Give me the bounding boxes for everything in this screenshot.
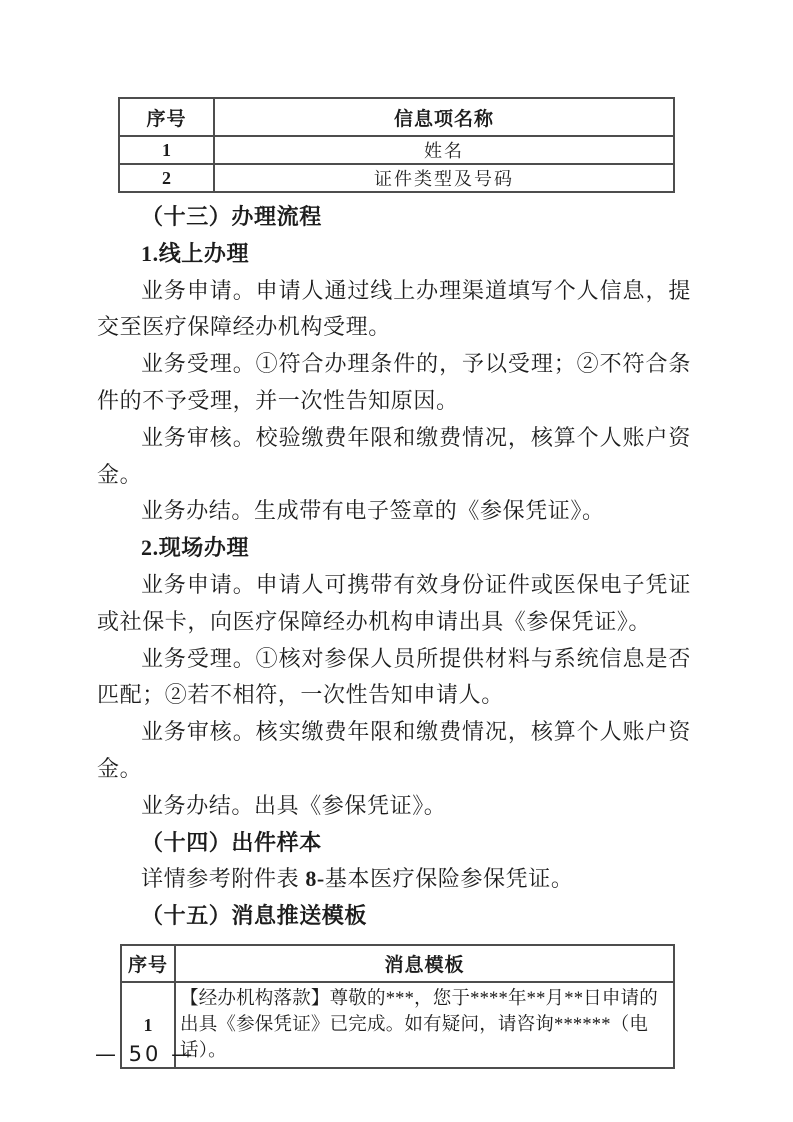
attachment-ref-prefix: 详情参考附件表 [141,866,305,891]
info-row-1-name: 姓名 [214,136,674,164]
paragraph-onsite-finish: 业务办结。出具《参保凭证》。 [97,788,691,825]
info-row-2-seq: 2 [119,164,214,192]
paragraph-online-apply: 业务申请。申请人通过线上办理渠道填写个人信息，提交至医疗保障经办机构受理。 [97,273,691,347]
info-table-header-name: 信息项名称 [214,98,674,136]
info-row-2-name: 证件类型及号码 [214,164,674,192]
info-table-header-row: 序号 信息项名称 [119,98,674,136]
info-row-1-seq: 1 [119,136,214,164]
document-page: 序号 信息项名称 1 姓名 2 证件类型及号码 （十三）办理流程 1.线上办理 … [0,0,793,1122]
table-row: 2 证件类型及号码 [119,164,674,192]
onsite-process-subheading: 2.现场办理 [97,530,691,567]
info-items-table: 序号 信息项名称 1 姓名 2 证件类型及号码 [118,97,675,193]
attachment-ref-number: 8- [305,866,325,891]
online-process-subheading: 1.线上办理 [97,236,691,273]
attachment-ref-suffix: 基本医疗保险参保凭证。 [325,866,574,891]
message-table-header-template: 消息模板 [175,945,674,982]
paragraph-onsite-apply: 业务申请。申请人可携带有效身份证件或医保电子凭证或社保卡，向医疗保障经办机构申请… [97,567,691,641]
message-row-1-template: 【经办机构落款】尊敬的***，您于****年**月**日申请的出具《参保凭证》已… [175,982,674,1068]
document-body: （十三）办理流程 1.线上办理 业务申请。申请人通过线上办理渠道填写个人信息，提… [97,199,691,935]
table-row: 1 姓名 [119,136,674,164]
paragraph-attachment-reference: 详情参考附件表 8-基本医疗保险参保凭证。 [97,861,691,898]
info-table-header-seq: 序号 [119,98,214,136]
page-number: — 50 — [95,1042,195,1066]
message-table-header-row: 序号 消息模板 [121,945,674,982]
section-14-heading: （十四）出件样本 [97,825,691,862]
table-row: 1 【经办机构落款】尊敬的***，您于****年**月**日申请的出具《参保凭证… [121,982,674,1068]
section-13-heading: （十三）办理流程 [97,199,691,236]
paragraph-online-finish: 业务办结。生成带有电子签章的《参保凭证》。 [97,493,691,530]
message-template-table: 序号 消息模板 1 【经办机构落款】尊敬的***，您于****年**月**日申请… [120,944,675,1069]
paragraph-onsite-accept: 业务受理。①核对参保人员所提供材料与系统信息是否匹配；②若不相符，一次性告知申请… [97,641,691,715]
paragraph-online-accept: 业务受理。①符合办理条件的，予以受理；②不符合条件的不予受理，并一次性告知原因。 [97,346,691,420]
paragraph-onsite-review: 业务审核。核实缴费年限和缴费情况，核算个人账户资金。 [97,714,691,788]
paragraph-online-review: 业务审核。校验缴费年限和缴费情况，核算个人账户资金。 [97,420,691,494]
message-table-header-seq: 序号 [121,945,175,982]
section-15-heading: （十五）消息推送模板 [97,898,691,935]
